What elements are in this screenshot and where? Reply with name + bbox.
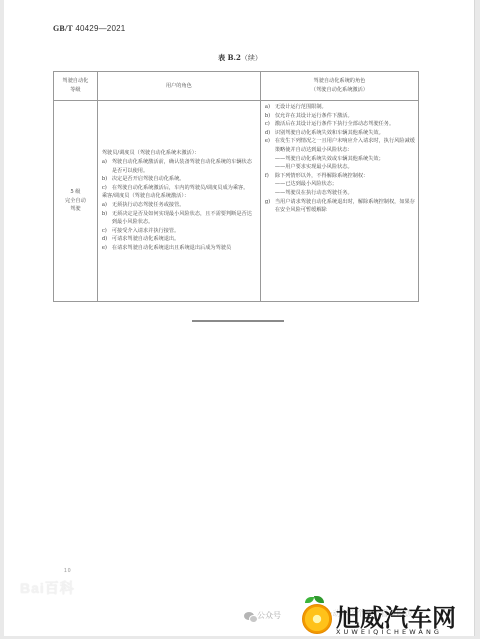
site-logo: 旭威汽车网 XUWEIQICHEWANG — [300, 594, 470, 638]
baike-watermark: 10 Bai百科 — [20, 578, 75, 598]
item-label: b) — [102, 210, 112, 227]
table-title: 表 B.2（续） — [0, 53, 480, 63]
item-text: 识别驾驶自动化系统失效和车辆其他系统失效。 — [275, 129, 415, 138]
item-text: 除下列情形以外，不得解除系统控制权： — [275, 172, 415, 181]
dash-item: ——已达到最小风险状态； — [265, 180, 415, 189]
list-item: d)可请求驾驶自动化系统退出。 — [102, 235, 257, 244]
item-text: 当用户请求驾驶自动化系统退出时，解除系统控制权，如果存在安全风险可暂缓解除 — [275, 198, 415, 215]
wechat-label: 公众号 — [257, 610, 281, 621]
level-line2: 完全自动 — [54, 197, 97, 206]
system-role-list: a)无设计运行范围限制。b)仅允许在其设计运行条件下激活。c)激活后在其设计运行… — [261, 101, 418, 217]
table-title-label: 表 B.2 — [218, 53, 241, 62]
header-system-role: 驾驶自动化系统的角色 （驾驶自动化系统激活） — [260, 72, 418, 101]
item-text: 驾驶自动化系统激活前，确认装备驾驶自动化系统的车辆状态是否可以使用。 — [112, 158, 257, 175]
standard-code: GB/T 40429—2021 — [53, 24, 125, 33]
item-text: 可接受介入请求并执行接管。 — [112, 227, 257, 236]
item-text: 无须决定是否及如何实现最小风险状态，且不需要判断是否达到最小风险状态。 — [112, 210, 257, 227]
list-item: c)激活后在其设计运行条件下执行全部动态驾驶任务。 — [265, 120, 415, 129]
item-text: 在驾驶自动化系统激活后，车内的驾驶员/调度员成为乘客。 — [112, 184, 257, 193]
item-text: 决定是否开启驾驶自动化系统。 — [112, 175, 257, 184]
baike-watermark-text: Bai百科 — [20, 580, 75, 596]
item-text: 可请求驾驶自动化系统退出。 — [112, 235, 257, 244]
list-item: e)在发生下列情况之一且用户未响应介入请求时，执行风险减缓策略使并自动达到最小风… — [265, 137, 415, 154]
item-text: 无设计运行范围限制。 — [275, 103, 415, 112]
list-item: a)驾驶自动化系统激活前，确认装备驾驶自动化系统的车辆状态是否可以使用。 — [102, 158, 257, 175]
logo-english-text: XUWEIQICHEWANG — [336, 628, 442, 636]
system-role-cell: a)无设计运行范围限制。b)仅允许在其设计运行条件下激活。c)激活后在其设计运行… — [260, 101, 418, 302]
list-item: b)仅允许在其设计运行条件下激活。 — [265, 112, 415, 121]
item-label: d) — [102, 235, 112, 244]
list-item: f)除下列情形以外，不得解除系统控制权： — [265, 172, 415, 181]
list-item: d)识别驾驶自动化系统失效和车辆其他系统失效。 — [265, 129, 415, 138]
list-item: a)无设计运行范围限制。 — [265, 103, 415, 112]
header-system-role-line1: 驾驶自动化系统的角色 — [261, 77, 418, 86]
user-group-heading: 乘客/调度员（驾驶自动化系统激活）： — [102, 192, 257, 201]
item-label: b) — [265, 112, 275, 121]
user-group-heading: 驾驶员/调度员（驾驶自动化系统未激活）： — [102, 149, 257, 158]
item-label: a) — [265, 103, 275, 112]
item-text: 激活后在其设计运行条件下执行全部动态驾驶任务。 — [275, 120, 415, 129]
automation-level-table: 驾驶自动化等级 用户的角色 驾驶自动化系统的角色 （驾驶自动化系统激活） 5 级… — [53, 71, 419, 302]
end-of-standard-rule — [192, 320, 284, 322]
table-row: 5 级 完全自动 驾驶 驾驶员/调度员（驾驶自动化系统未激活）：a)驾驶自动化系… — [54, 101, 419, 302]
item-text: 无须执行动态驾驶任务或接管。 — [112, 201, 257, 210]
standard-code-prefix: GB/T — [53, 24, 73, 33]
item-label: g) — [265, 198, 275, 215]
list-item: c)在驾驶自动化系统激活后，车内的驾驶员/调度员成为乘客。 — [102, 184, 257, 193]
table-header-row: 驾驶自动化等级 用户的角色 驾驶自动化系统的角色 （驾驶自动化系统激活） — [54, 72, 419, 101]
item-label: b) — [102, 175, 112, 184]
level-line1: 5 级 — [54, 188, 97, 197]
item-text: 在发生下列情况之一且用户未响应介入请求时，执行风险减缓策略使并自动达到最小风险状… — [275, 137, 415, 154]
item-label: c) — [265, 120, 275, 129]
list-item: b)无须决定是否及如何实现最小风险状态，且不需要判断是否达到最小风险状态。 — [102, 210, 257, 227]
dash-item: ——用户要求实现最小风险状态。 — [265, 163, 415, 172]
item-label: d) — [265, 129, 275, 138]
list-item: a)无须执行动态驾驶任务或接管。 — [102, 201, 257, 210]
header-system-role-line2: （驾驶自动化系统激活） — [261, 86, 418, 95]
list-item: g)当用户请求驾驶自动化系统退出时，解除系统控制权，如果存在安全风险可暂缓解除 — [265, 198, 415, 215]
item-label: e) — [265, 137, 275, 154]
level-line3: 驾驶 — [54, 205, 97, 214]
baike-watermark-sup: 10 — [64, 568, 72, 574]
wechat-icon — [244, 612, 254, 620]
wechat-watermark: 公众号 — [244, 610, 281, 621]
item-label: c) — [102, 184, 112, 193]
item-text: 仅允许在其设计运行条件下激活。 — [275, 112, 415, 121]
level-cell: 5 级 完全自动 驾驶 — [54, 101, 98, 302]
table-title-suffix: （续） — [241, 54, 262, 62]
item-label: e) — [102, 244, 112, 253]
user-role-cell: 驾驶员/调度员（驾驶自动化系统未激活）：a)驾驶自动化系统激活前，确认装备驾驶自… — [97, 101, 260, 302]
orange-icon — [302, 604, 332, 634]
list-item: b)决定是否开启驾驶自动化系统。 — [102, 175, 257, 184]
item-text: 在请求驾驶自动化系统退出且系统退出后成为驾驶员 — [112, 244, 257, 253]
list-item: c)可接受介入请求并执行接管。 — [102, 227, 257, 236]
item-label: a) — [102, 201, 112, 210]
header-level-text: 驾驶自动化等级 — [60, 77, 90, 94]
item-label: c) — [102, 227, 112, 236]
item-label: a) — [102, 158, 112, 175]
header-level: 驾驶自动化等级 — [54, 72, 98, 101]
header-user-role: 用户的角色 — [97, 72, 260, 101]
header-user-role-text: 用户的角色 — [166, 83, 192, 89]
standard-code-number: 40429—2021 — [75, 24, 125, 33]
dash-item: ——驾驶员在执行动态驾驶任务。 — [265, 189, 415, 198]
dash-item: ——驾驶自动化系统失效或车辆其他系统失效； — [265, 155, 415, 164]
item-label: f) — [265, 172, 275, 181]
list-item: e)在请求驾驶自动化系统退出且系统退出后成为驾驶员 — [102, 244, 257, 253]
user-role-list: 驾驶员/调度员（驾驶自动化系统未激活）：a)驾驶自动化系统激活前，确认装备驾驶自… — [98, 147, 260, 254]
